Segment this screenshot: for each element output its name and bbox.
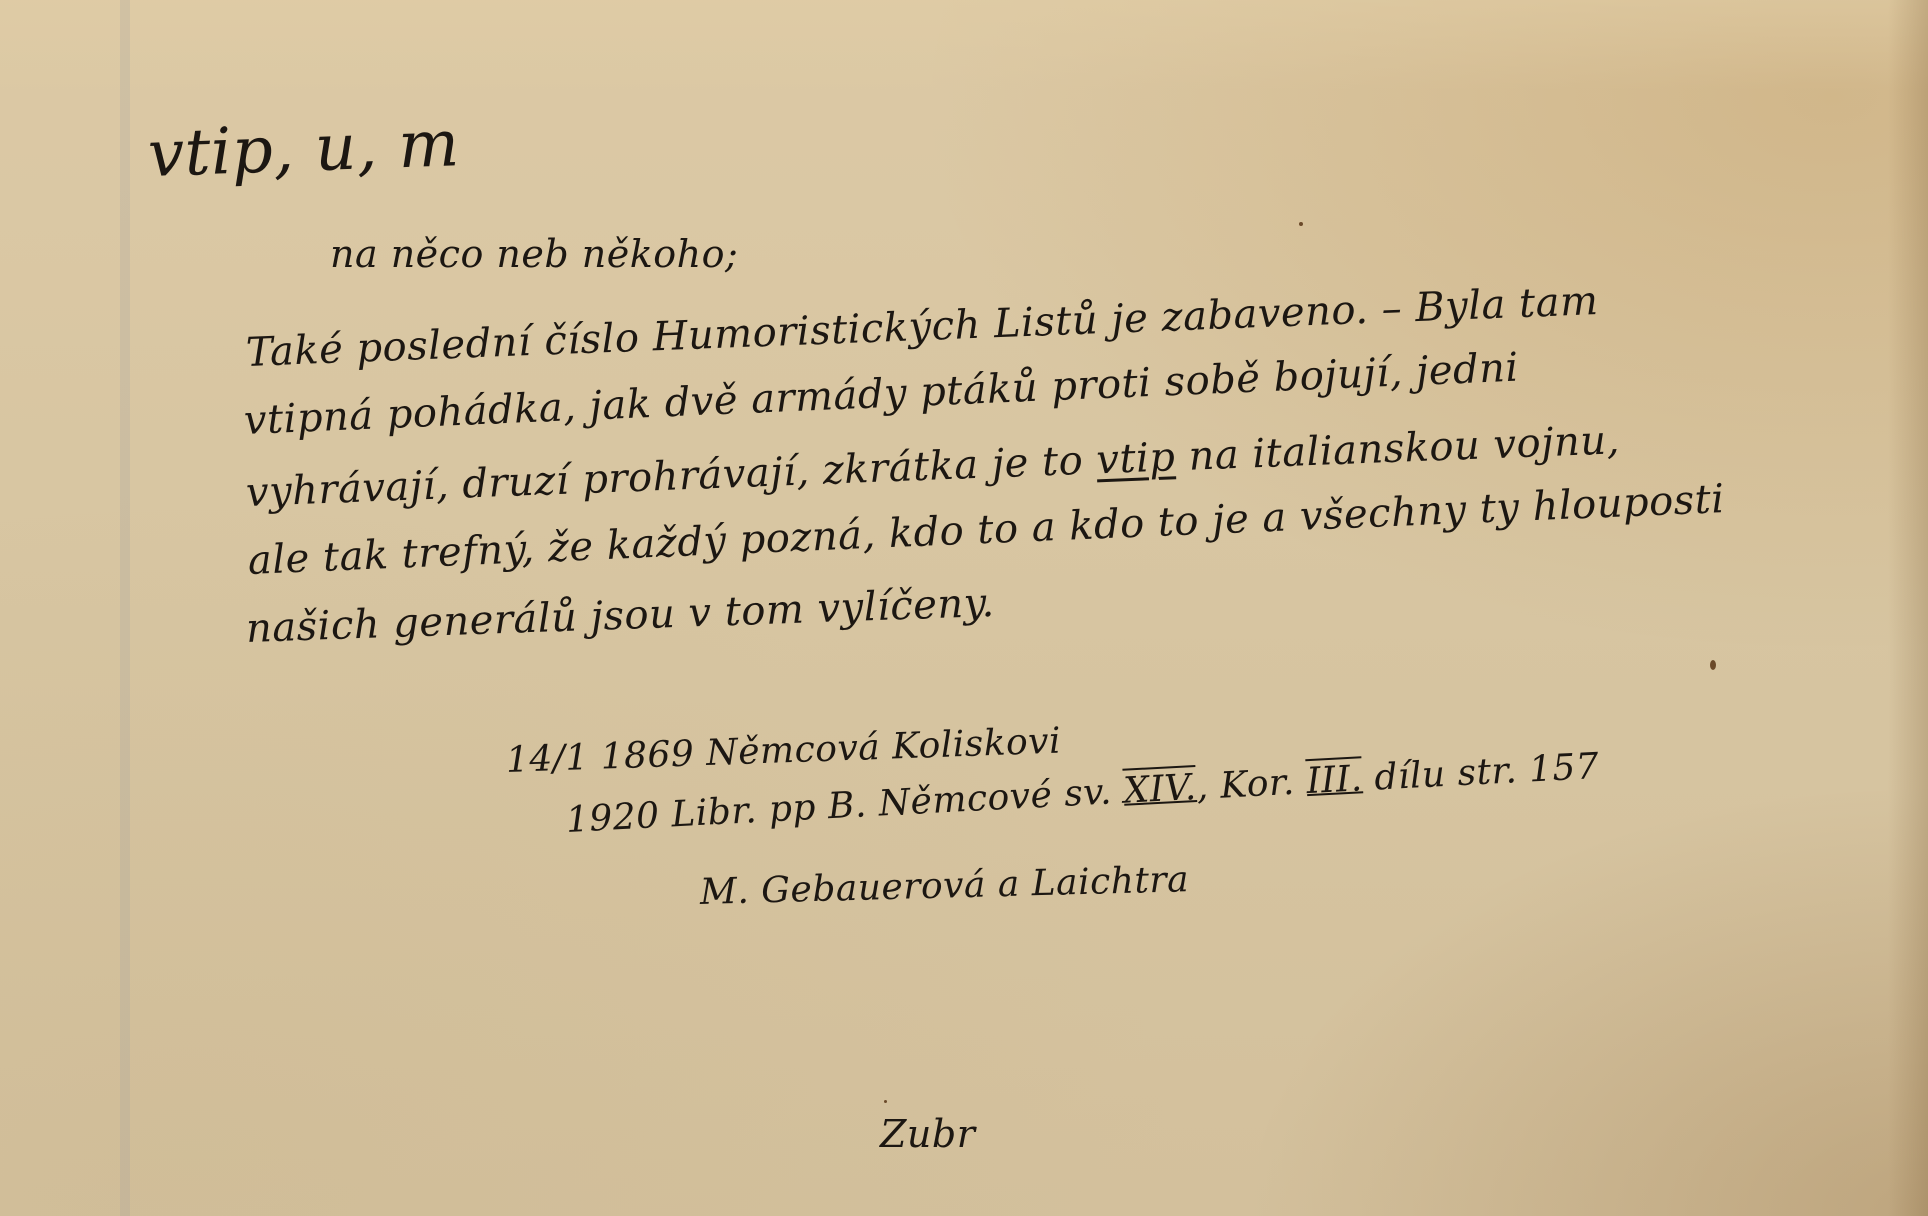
paper-speck	[1299, 222, 1303, 226]
paper-top-fade	[0, 0, 1928, 90]
paper-speck	[884, 1100, 887, 1103]
excerptor-signature: Zubr	[880, 1112, 975, 1156]
margin-line	[120, 0, 130, 1216]
sense-definition: na něco neb někoho;	[330, 232, 738, 276]
citation-volume: XIV.	[1123, 767, 1198, 812]
headword: vtip, u, m	[147, 107, 461, 192]
citation-part: III.	[1305, 758, 1363, 802]
underlined-headword: vtip	[1095, 434, 1176, 483]
paper-speck	[1710, 660, 1716, 670]
paper-right-edge	[1888, 0, 1928, 1216]
citation-edition-mid: , Kor.	[1195, 762, 1295, 808]
